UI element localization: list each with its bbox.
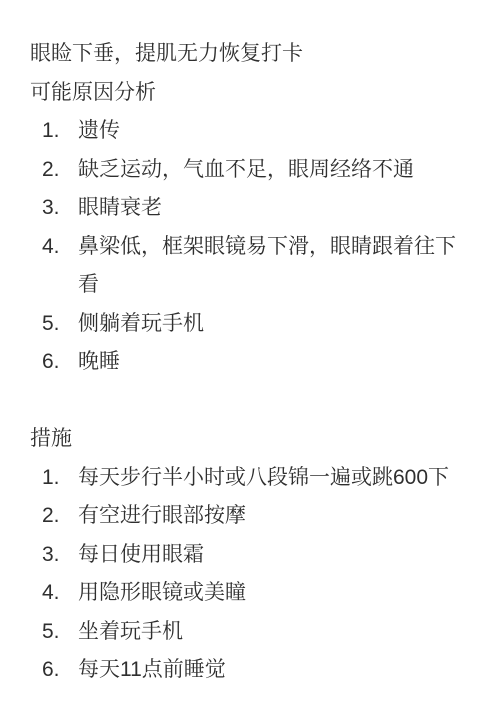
item-number: 3.	[42, 536, 78, 575]
note-page: 眼睑下垂，提肌无力恢复打卡 可能原因分析 1. 遗传 2. 缺乏运动，气血不足，…	[0, 0, 500, 720]
item-number: 1.	[42, 112, 78, 151]
item-text: 鼻梁低，框架眼镜易下滑，眼睛跟着往下看	[78, 228, 473, 305]
item-text: 坐着玩手机	[78, 613, 473, 652]
item-number: 2.	[42, 151, 78, 190]
item-number: 5.	[42, 305, 78, 344]
item-text: 有空进行眼部按摩	[78, 497, 473, 536]
list-item: 5. 坐着玩手机	[30, 613, 490, 652]
item-text: 用隐形眼镜或美瞳	[78, 574, 473, 613]
list-item: 4. 用隐形眼镜或美瞳	[30, 574, 490, 613]
item-text: 眼睛衰老	[78, 189, 473, 228]
item-number: 3.	[42, 189, 78, 228]
section-measures: 措施 1. 每天步行半小时或八段锦一遍或跳600下 2. 有空进行眼部按摩 3.…	[30, 420, 490, 690]
item-number: 4.	[42, 574, 78, 613]
item-text: 晚睡	[78, 343, 473, 382]
item-number: 4.	[42, 228, 78, 267]
measures-heading: 措施	[30, 420, 490, 459]
item-number: 6.	[42, 343, 78, 382]
item-text: 每天11点前睡觉	[78, 651, 473, 690]
item-text: 每日使用眼霜	[78, 536, 473, 575]
list-item: 3. 每日使用眼霜	[30, 536, 490, 575]
list-item: 6. 每天11点前睡觉	[30, 651, 490, 690]
item-number: 1.	[42, 459, 78, 498]
item-text: 每天步行半小时或八段锦一遍或跳600下	[78, 459, 473, 498]
list-item: 2. 缺乏运动，气血不足，眼周经络不通	[30, 151, 490, 190]
section-causes: 可能原因分析 1. 遗传 2. 缺乏运动，气血不足，眼周经络不通 3. 眼睛衰老…	[30, 74, 490, 382]
list-item: 6. 晚睡	[30, 343, 490, 382]
measures-list: 1. 每天步行半小时或八段锦一遍或跳600下 2. 有空进行眼部按摩 3. 每日…	[30, 459, 490, 690]
list-item: 1. 遗传	[30, 112, 490, 151]
item-text: 侧躺着玩手机	[78, 305, 473, 344]
list-item: 4. 鼻梁低，框架眼镜易下滑，眼睛跟着往下看	[30, 228, 490, 305]
list-item: 3. 眼睛衰老	[30, 189, 490, 228]
list-item: 1. 每天步行半小时或八段锦一遍或跳600下	[30, 459, 490, 498]
item-number: 6.	[42, 651, 78, 690]
item-number: 2.	[42, 497, 78, 536]
item-text: 缺乏运动，气血不足，眼周经络不通	[78, 151, 473, 190]
list-item: 2. 有空进行眼部按摩	[30, 497, 490, 536]
causes-list: 1. 遗传 2. 缺乏运动，气血不足，眼周经络不通 3. 眼睛衰老 4. 鼻梁低…	[30, 112, 490, 382]
causes-heading: 可能原因分析	[30, 74, 490, 113]
list-item: 5. 侧躺着玩手机	[30, 305, 490, 344]
item-text: 遗传	[78, 112, 473, 151]
page-title: 眼睑下垂，提肌无力恢复打卡	[30, 35, 490, 74]
item-number: 5.	[42, 613, 78, 652]
